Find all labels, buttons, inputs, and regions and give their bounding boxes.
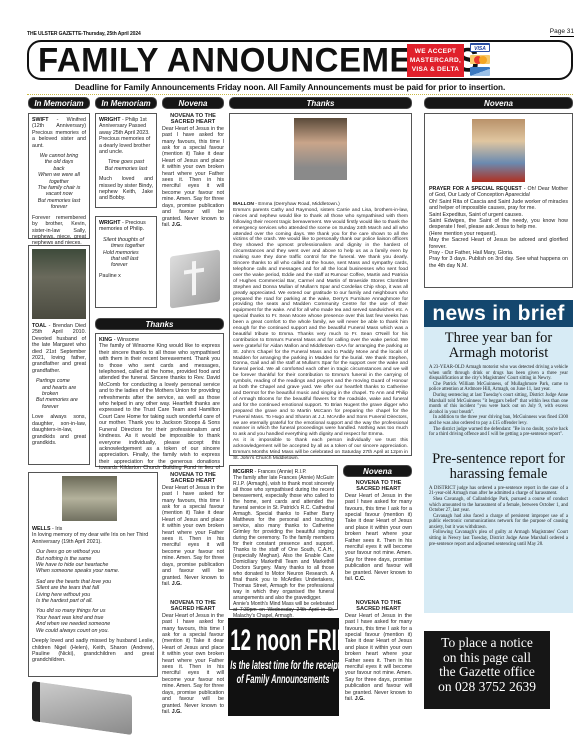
divider (27, 94, 573, 95)
accept-line: VISA & DELTA (407, 65, 464, 74)
section-header-thanks: Thanks (95, 318, 224, 330)
notice-intro: - Iris (51, 526, 63, 532)
news-story-body: A 23-YEAR-OLD Armagh motorist who was de… (429, 365, 568, 438)
novena-title: NOVENA TO THE SACRED HEART (345, 480, 412, 493)
notice-closing: As it is impossible to thank each person… (233, 438, 408, 462)
wells-photo (62, 476, 117, 521)
novena-body: Dear Heart of Jesus in the past I have a… (162, 126, 224, 228)
notice-signoff: Forever remembered by brother, Kevin, si… (32, 215, 86, 247)
novena-body: Dear Heart of Jesus in the past I have a… (345, 613, 412, 702)
bible-icon (170, 249, 220, 308)
novena-initials: J.G. (172, 709, 182, 715)
prayer-line: Oh! Saint Rita of Cascia and Saint Jude … (429, 199, 568, 212)
place-notice-advert: To place a notice on this page call the … (424, 631, 550, 709)
section-header-in-memoriam: In Memoriam (95, 97, 157, 109)
wells-memoriam-notice: WELLS - Iris In loving memory of my dear… (28, 472, 158, 677)
accept-line: MASTERCARD, (407, 56, 464, 65)
memorial-verse: You did so many things for usYour heart … (36, 608, 154, 634)
memorial-verse: Our lives go on without youBut nothing i… (36, 549, 154, 575)
notice-intro: In loving memory of my dear wife Iris on… (32, 532, 154, 545)
memorial-verse: Time goes pastBut memories last (99, 159, 153, 172)
section-header-novena: Novena (424, 97, 573, 109)
prayer-title: PRAYER FOR A SPECIAL REQUEST (429, 186, 522, 192)
prayer-line: May the Sacred Heart of Jesus be adored … (429, 237, 568, 250)
notice-intro: - Emma (Derryhaw Road, Middletown.) (254, 202, 340, 207)
novena-prayer-5: NOVENA TO THE SACRED HEART Dear Heart of… (345, 600, 412, 703)
memorial-verse: Partings comeand hearts arebrokenBut mem… (36, 378, 86, 410)
section-header-novena: Novena (162, 97, 224, 109)
place-ad-phone: on 028 3752 2639 (424, 680, 550, 695)
wright-anniversary-notice: WRIGHT - Philip 1st Anniversary Passed a… (95, 113, 157, 208)
accept-line: WE ACCEPT (407, 47, 464, 56)
notice-intro: - Winsome (112, 337, 139, 343)
deadline-notice: Deadline for Family Announcements Friday… (0, 83, 580, 92)
novena-prayer-1: NOVENA TO THE SACRED HEART Dear Heart of… (162, 113, 224, 228)
notice-body: Emma's parents Cathy and Raymond, sister… (233, 208, 408, 438)
page-number: Page 31 (550, 28, 574, 37)
novena-body: Dear Heart of Jesus in the past I have a… (345, 493, 412, 582)
notice-name: MALLON (233, 202, 254, 207)
notice-body: The family after late Frances (Annie) Mc… (233, 475, 334, 601)
place-ad-line: To place a notice (424, 636, 550, 651)
novena-title: NOVENA TO THE SACRED HEART (162, 113, 224, 126)
memorial-verse: We cannot bringthe old daysbackWhen we w… (32, 153, 86, 211)
section-header-novena: Novena (343, 465, 412, 477)
news-in-brief-panel: news in brief Three year ban for Armagh … (424, 300, 573, 613)
notice-intro: - Brendan Died 25th April 2010. Devoted … (32, 323, 86, 374)
deadline-ad-line: Is the latest time for the receipt (230, 658, 335, 672)
notice-name: WELLS (32, 526, 51, 532)
deadline-ad-headline: 12 noon FRIDAY (230, 624, 335, 658)
notice-closing: Annie's Month's Mind Mass will be celebr… (233, 601, 334, 619)
notice-name: SWIFT (32, 117, 48, 123)
madonna-image (472, 119, 525, 182)
notice-signoff: Deeply loved and sadly missed by husband… (32, 638, 154, 664)
novena-title: NOVENA TO THE SACRED HEART (345, 600, 412, 613)
swift-memoriam-notice: SWIFT - Winifred (12th Anniversary) Prec… (28, 113, 90, 239)
place-ad-line: the Gazette office (424, 665, 550, 680)
novena-prayer-4: NOVENA TO THE SACRED HEART Dear Heart of… (345, 480, 412, 583)
newspaper-dateline: THE ULSTER GAZETTE-Thursday, 25th April … (27, 31, 141, 37)
payment-accepted-badge: WE ACCEPT MASTERCARD, VISA & DELTA (407, 44, 464, 77)
visa-card-icon: VISA (470, 43, 490, 52)
notice-intro: - Philip 1st Anniversary Passed away 25t… (99, 117, 150, 155)
novena-title: NOVENA TO THE SACRED HEART (162, 600, 224, 613)
bible-icon (32, 681, 132, 735)
mastercard-icon (470, 55, 490, 64)
novena-title: NOVENA TO THE SACRED HEART (162, 472, 224, 485)
notice-name: WRIGHT (99, 220, 120, 226)
deadline-ad-line: of Family Announcements (230, 672, 335, 686)
novena-initials: J.G. (172, 222, 182, 228)
delta-card-icon (470, 67, 490, 76)
notice-body: The family of Winsome King would like to… (99, 343, 220, 478)
prayer-special-request-notice: PRAYER FOR A SPECIAL REQUEST - Oh! Dear … (424, 113, 573, 288)
novena-body: Dear Heart of Jesus in the past I have a… (162, 485, 224, 587)
notice-name: KING (99, 337, 112, 343)
news-headline: Three year ban for Armagh motorist (429, 331, 568, 361)
notice-signoff: Pauline x (99, 273, 153, 279)
novena-initials: J.G. (355, 696, 365, 702)
novena-prayer-3: NOVENA TO THE SACRED HEART Dear Heart of… (162, 600, 224, 715)
wright-memories-notice: WRIGHT - Precious memories of Philip. Si… (95, 216, 157, 308)
section-header-in-memoriam: In Memoriam (28, 97, 90, 109)
place-ad-line: on this page call (424, 651, 550, 666)
mcgirr-thanks-notice: MCGIRR - Frances (Annie) R.I.P. The fami… (229, 465, 338, 610)
news-headline: Pre-sentence report for harassing female (429, 452, 568, 482)
toal-photo (32, 249, 86, 319)
notice-signoff: Love always sons, daughter, son-in-law, … (32, 414, 86, 446)
section-header-thanks: Thanks (229, 97, 412, 109)
mallon-photo (294, 118, 347, 180)
memorial-verse: Sad are the hearts that love youSilent a… (36, 579, 154, 605)
prayer-line: Pray for 3 days. Publish on 3rd day. See… (429, 256, 568, 269)
deadline-advert: 12 noon FRIDAY Is the latest time for th… (228, 618, 339, 716)
king-thanks-notice: KING - Winsome The family of Winsome Kin… (95, 333, 224, 467)
memorial-verse: Silent thoughts oftimes togetherHold mem… (103, 237, 153, 269)
notice-name: WRIGHT (99, 117, 120, 123)
novena-body: Dear Heart of Jesus in the past I have a… (162, 613, 224, 715)
novena-prayer-2: NOVENA TO THE SACRED HEART Dear Heart of… (162, 472, 224, 587)
notice-signoff: Much loved and missed by sister Bindy, n… (99, 176, 153, 202)
toal-memoriam-notice: TOAL - Brendan Died 25th April 2010. Dev… (28, 245, 90, 465)
news-in-brief-header: news in brief (424, 300, 573, 327)
novena-initials: J.G. (172, 581, 182, 587)
news-story-body: A DISTRICT judge has ordered a pre-sente… (429, 486, 568, 548)
prayer-line: Saint Edwiges, the Saint of the needy, y… (429, 218, 568, 231)
notice-name: TOAL (32, 323, 46, 329)
mallon-thanks-notice: MALLON - Emma (Derryhaw Road, Middletown… (229, 113, 412, 456)
novena-initials: C.C. (355, 576, 366, 582)
